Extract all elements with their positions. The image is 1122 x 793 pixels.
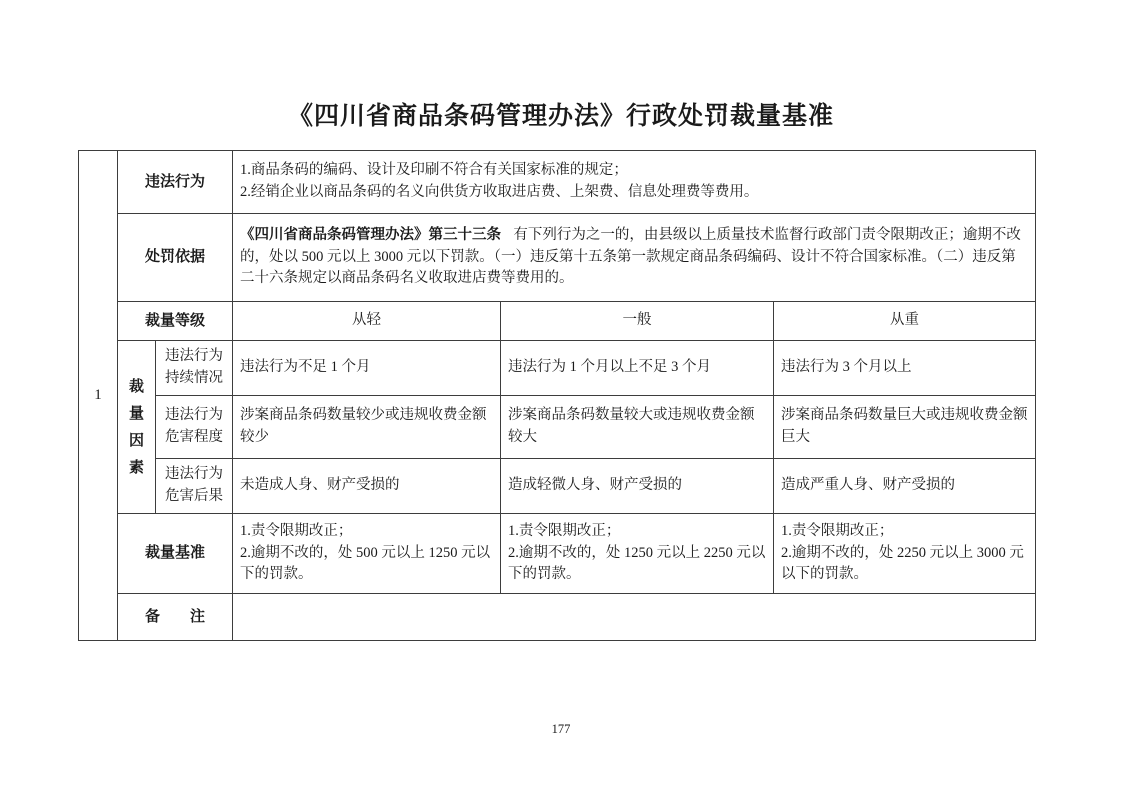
level-light-cell: 从轻 — [233, 302, 501, 341]
benchmark-normal-cell: 1.责令限期改正； 2.逾期不改的，处 1250 元以上 2250 元以下的罚款… — [501, 514, 774, 594]
factor-consequence-heavy-cell: 造成严重人身、财产受损的 — [774, 459, 1036, 514]
document-page: 《四川省商品条码管理办法》行政处罚裁量基准 1 违法行为 1.商品条码的编码、设… — [0, 0, 1122, 793]
page-number: 177 — [0, 722, 1122, 737]
factor-degree-heavy-cell: 涉案商品条码数量巨大或违规收费金额巨大 — [774, 396, 1036, 459]
penalty-basis-citation: 《四川省商品条码管理办法》第三十三条 — [240, 227, 501, 243]
level-normal-cell: 一般 — [501, 302, 774, 341]
table-row: 裁量因素 违法行为持续情况 违法行为不足 1 个月 违法行为 1 个月以上不足 … — [79, 341, 1036, 396]
factor-degree-name-cell: 违法行为危害程度 — [156, 396, 233, 459]
illegal-act-content-cell: 1.商品条码的编码、设计及印刷不符合有关国家标准的规定； 2.经销企业以商品条码… — [233, 151, 1036, 214]
level-heavy-cell: 从重 — [774, 302, 1036, 341]
benchmark-normal-line2: 2.逾期不改的，处 1250 元以上 2250 元以下的罚款。 — [508, 543, 766, 587]
discretion-level-label-cell: 裁量等级 — [118, 302, 233, 341]
illegal-act-line1: 1.商品条码的编码、设计及印刷不符合有关国家标准的规定； — [240, 160, 1028, 182]
benchmark-light-line1: 1.责令限期改正； — [240, 521, 493, 543]
factor-degree-light-cell: 涉案商品条码数量较少或违规收费金额较少 — [233, 396, 501, 459]
factor-duration-name: 违法行为持续情况 — [164, 346, 223, 390]
factor-consequence-normal-cell: 造成轻微人身、财产受损的 — [501, 459, 774, 514]
penalty-basis-label-cell: 处罚依据 — [118, 214, 233, 302]
benchmark-label-cell: 裁量基准 — [118, 514, 233, 594]
table-row: 备 注 — [79, 594, 1036, 641]
factor-duration-light-cell: 违法行为不足 1 个月 — [233, 341, 501, 396]
penalty-benchmark-table: 1 违法行为 1.商品条码的编码、设计及印刷不符合有关国家标准的规定； 2.经销… — [78, 150, 1036, 641]
benchmark-light-cell: 1.责令限期改正； 2.逾期不改的，处 500 元以上 1250 元以下的罚款。 — [233, 514, 501, 594]
remarks-label-cell: 备 注 — [118, 594, 233, 641]
row-index-cell: 1 — [79, 151, 118, 641]
penalty-basis-content-cell: 《四川省商品条码管理办法》第三十三条有下列行为之一的，由县级以上质量技术监督行政… — [233, 214, 1036, 302]
benchmark-light-line2: 2.逾期不改的，处 500 元以上 1250 元以下的罚款。 — [240, 543, 493, 587]
discretion-factors-label-cell: 裁量因素 — [118, 341, 156, 514]
table-row: 违法行为危害后果 未造成人身、财产受损的 造成轻微人身、财产受损的 造成严重人身… — [79, 459, 1036, 514]
factor-duration-heavy-cell: 违法行为 3 个月以上 — [774, 341, 1036, 396]
table-row: 1 违法行为 1.商品条码的编码、设计及印刷不符合有关国家标准的规定； 2.经销… — [79, 151, 1036, 214]
factor-duration-normal-cell: 违法行为 1 个月以上不足 3 个月 — [501, 341, 774, 396]
table-row: 裁量基准 1.责令限期改正； 2.逾期不改的，处 500 元以上 1250 元以… — [79, 514, 1036, 594]
factor-degree-normal-cell: 涉案商品条码数量较大或违规收费金额较大 — [501, 396, 774, 459]
table-row: 裁量等级 从轻 一般 从重 — [79, 302, 1036, 341]
remarks-content-cell — [233, 594, 1036, 641]
benchmark-heavy-cell: 1.责令限期改正； 2.逾期不改的，处 2250 元以上 3000 元以下的罚款… — [774, 514, 1036, 594]
benchmark-normal-line1: 1.责令限期改正； — [508, 521, 766, 543]
factor-consequence-name: 违法行为危害后果 — [164, 464, 223, 508]
discretion-factors-label: 裁量因素 — [129, 373, 145, 481]
factor-duration-name-cell: 违法行为持续情况 — [156, 341, 233, 396]
factor-consequence-light-cell: 未造成人身、财产受损的 — [233, 459, 501, 514]
illegal-act-line2: 2.经销企业以商品条码的名义向供货方收取进店费、上架费、信息处理费等费用。 — [240, 182, 1028, 204]
benchmark-heavy-line2: 2.逾期不改的，处 2250 元以上 3000 元以下的罚款。 — [781, 543, 1028, 587]
factor-degree-name: 违法行为危害程度 — [164, 405, 223, 449]
page-title: 《四川省商品条码管理办法》行政处罚裁量基准 — [0, 96, 1122, 132]
table-row: 处罚依据 《四川省商品条码管理办法》第三十三条有下列行为之一的，由县级以上质量技… — [79, 214, 1036, 302]
factor-consequence-name-cell: 违法行为危害后果 — [156, 459, 233, 514]
illegal-act-label-cell: 违法行为 — [118, 151, 233, 214]
table-row: 违法行为危害程度 涉案商品条码数量较少或违规收费金额较少 涉案商品条码数量较大或… — [79, 396, 1036, 459]
benchmark-heavy-line1: 1.责令限期改正； — [781, 521, 1028, 543]
